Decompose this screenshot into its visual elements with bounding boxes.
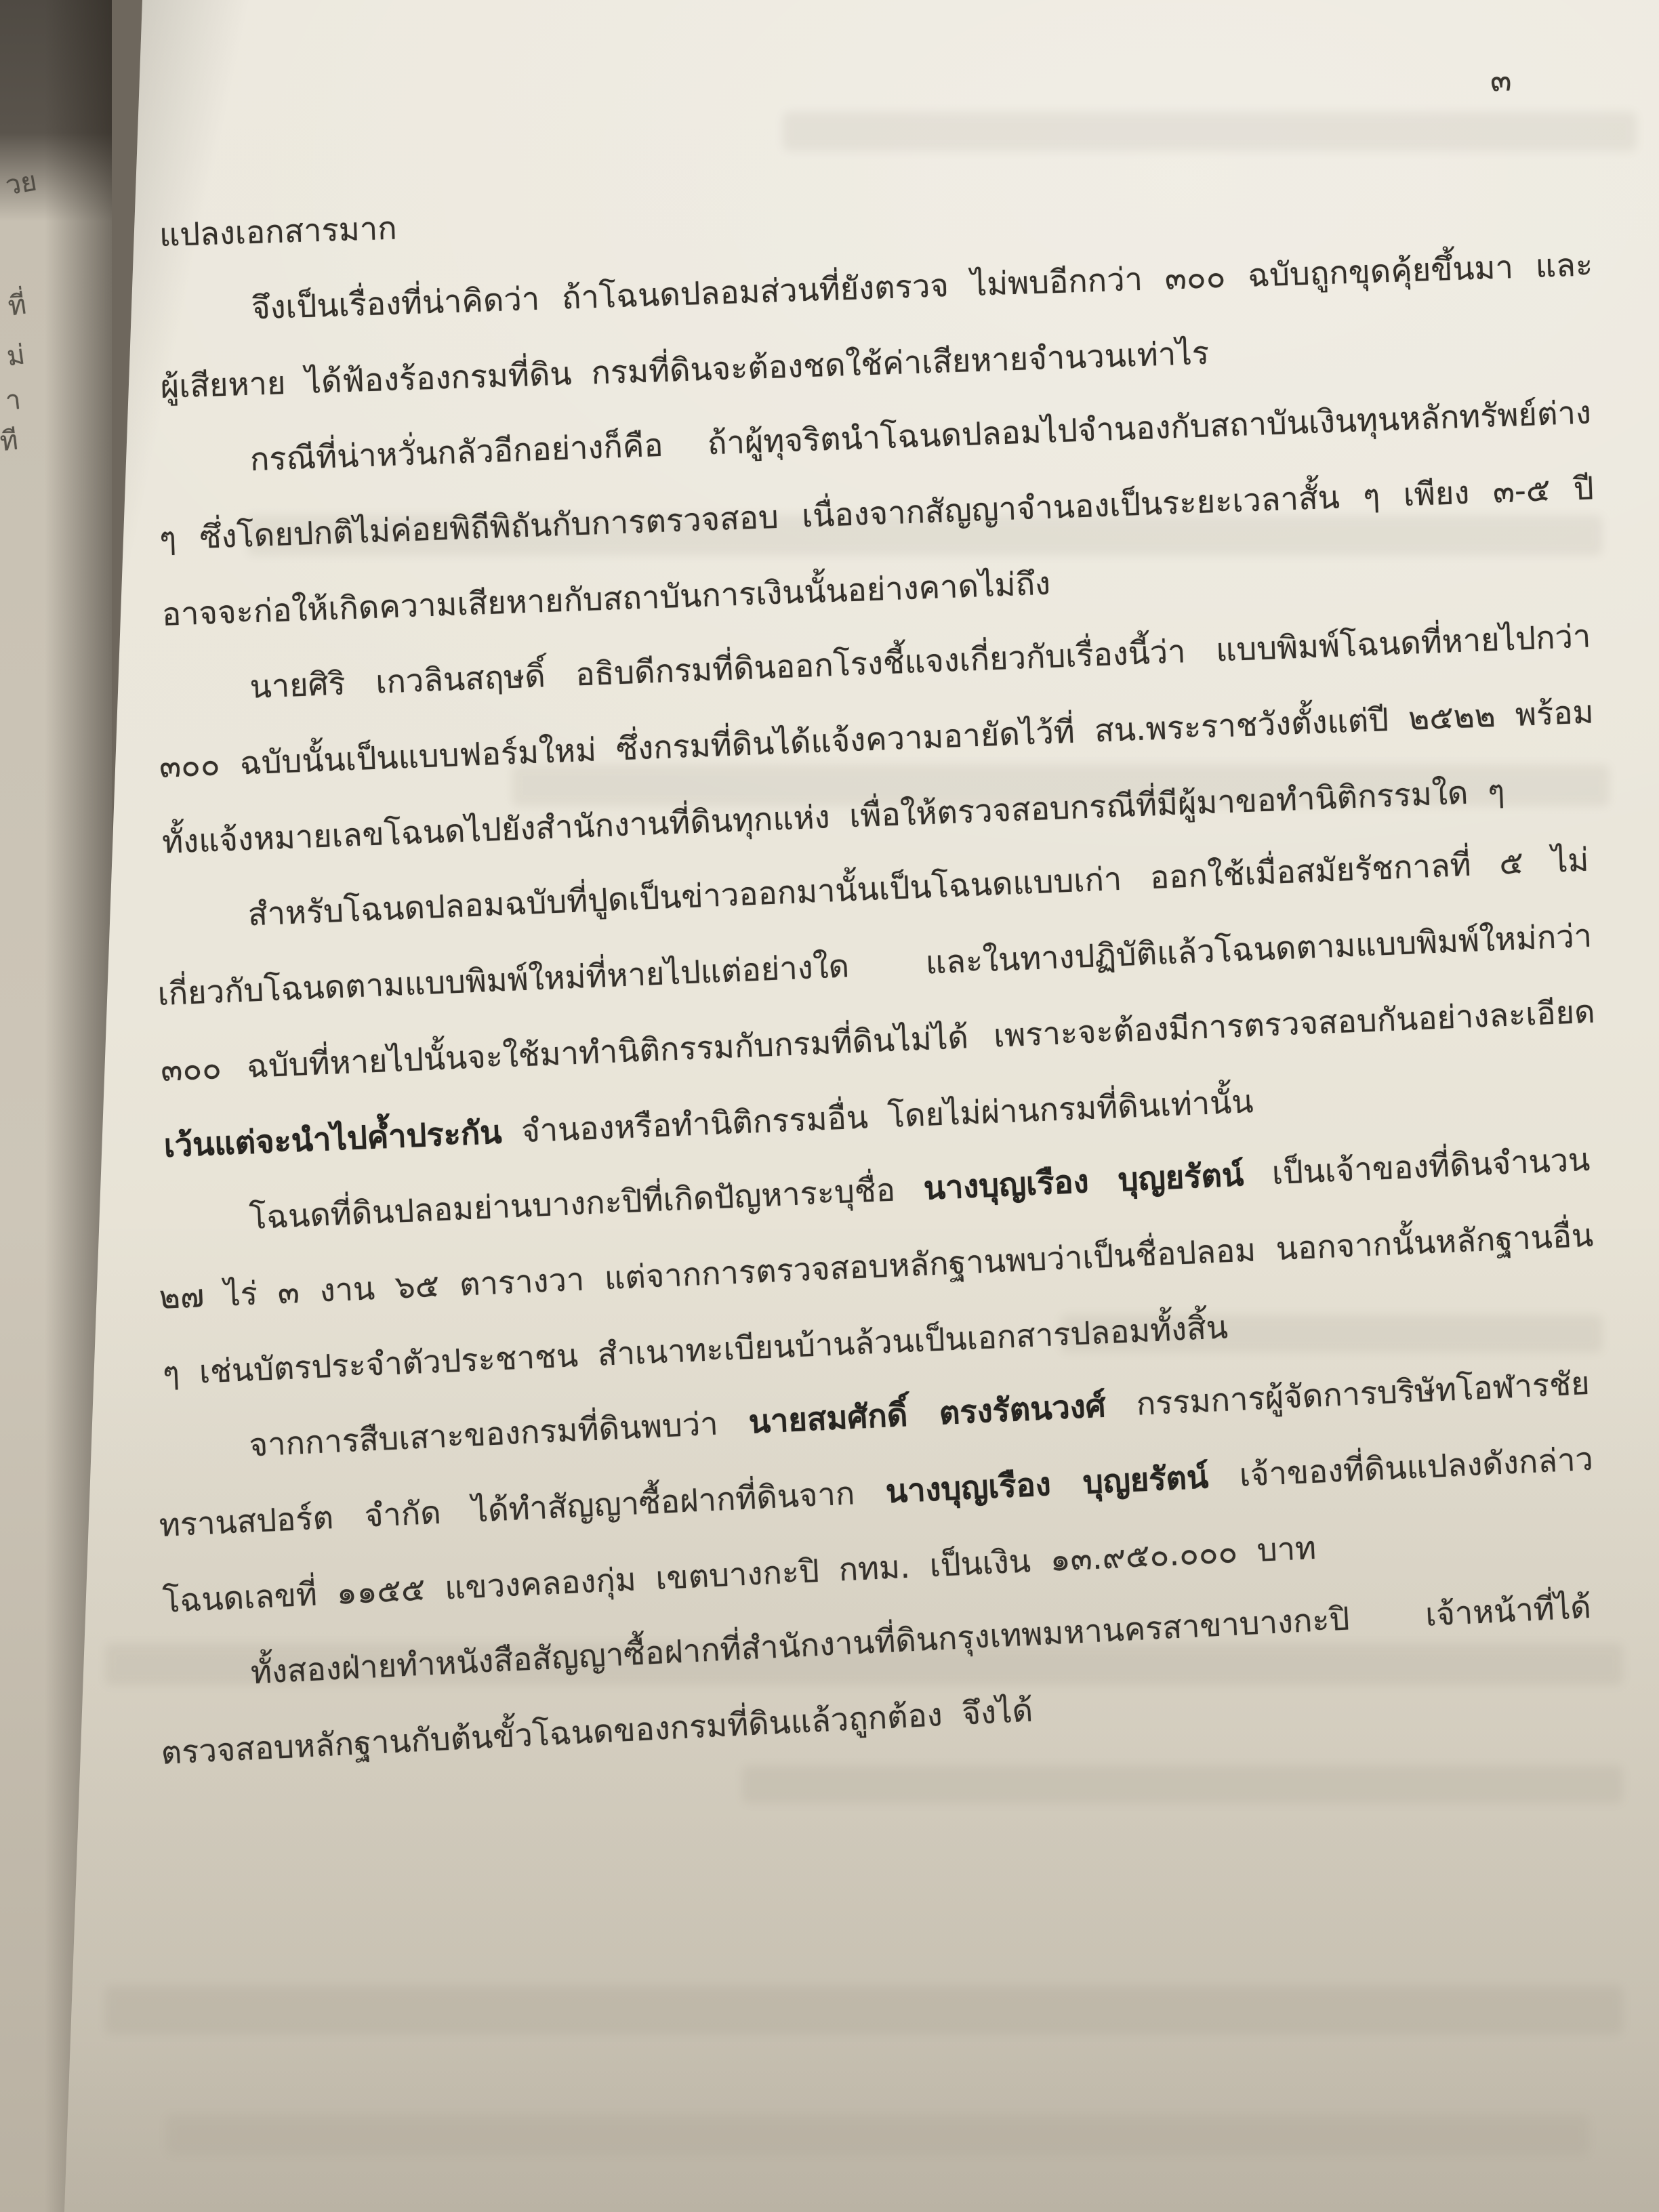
text-run: จำนองหรือทำนิติกรรมอื่น โดยไม่ผ่านกรมที่…: [501, 1083, 1254, 1151]
book-page: ๓ แปลงเอกสารมากจึงเป็นเรื่องที่น่าคิดว่า…: [64, 0, 1659, 2212]
text-run: นายศิริ เกวลินสฤษดิ์ อธิบดีกรมที่ดินออกโ…: [159, 618, 1595, 861]
text-run: จากการสืบเสาะของกรมที่ดินพบว่า: [248, 1404, 750, 1464]
bold-text-run: นางบุญเรือง บุญยรัตน์: [923, 1156, 1245, 1208]
page-number: ๓: [1489, 55, 1512, 105]
photo-of-book-page: วย ที่ ม่ า ที ๓ แปลงเอกสารมากจึงเป็นเรื…: [0, 0, 1659, 2212]
text-run: กรณีที่น่าหวั่นกลัวอีกอย่างก็คือ ถ้าผู้ท…: [159, 394, 1595, 633]
spine-text-fragment: วย: [2, 159, 40, 207]
bleedthrough-smudge: [166, 2114, 1589, 2155]
spine-text-fragment: ที: [0, 418, 20, 463]
bold-text-run: นางบุญเรือง บุญยรัตน์: [885, 1458, 1210, 1511]
bleedthrough-smudge: [105, 1986, 1623, 2034]
text-run: สำหรับโฉนดปลอมฉบับที่ปูดเป็นข่าวออกมานั้…: [157, 842, 1596, 1089]
spine-text-fragment: ม่: [4, 332, 28, 377]
bold-text-run: เว้นแต่จะนำไปค้ำประกัน: [163, 1114, 503, 1165]
bleedthrough-smudge: [783, 112, 1637, 151]
bold-text-run: นายสมศักดิ์ ตรงรัตนวงศ์: [748, 1387, 1107, 1441]
text-run: แปลงเอกสารมาก: [159, 210, 397, 254]
text-block: แปลงเอกสารมากจึงเป็นเรื่องที่น่าคิดว่า ถ…: [159, 198, 1595, 1792]
text-run: โฉนดที่ดินปลอมย่านบางกะปิที่เกิดปัญหาระบ…: [249, 1170, 924, 1237]
spine-text-fragment: ที่: [5, 282, 29, 327]
spine-text-fragment: า: [3, 377, 23, 422]
paragraph: สำหรับโฉนดปลอมฉบับที่ปูดเป็นข่าวออกมานั้…: [153, 823, 1600, 1185]
